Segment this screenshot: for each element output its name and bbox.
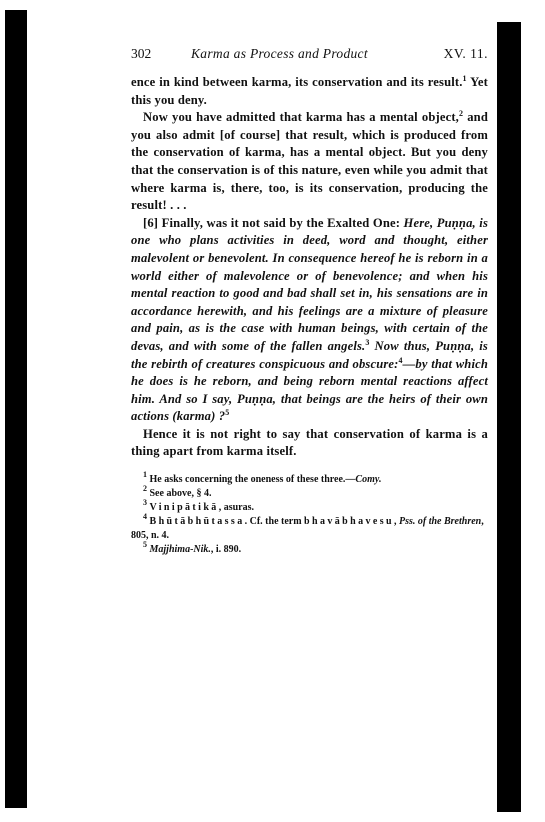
scan-border-right — [497, 22, 521, 812]
footnote-2: 2 See above, § 4. — [131, 487, 488, 501]
quotation: Here, Puṇṇa, is one who plans activities… — [131, 216, 488, 353]
footnotes: 1 He asks concerning the oneness of thes… — [131, 473, 488, 557]
paragraph-3: [6] Finally, was it not said by the Exal… — [131, 215, 488, 426]
footnote-1: 1 He asks concerning the oneness of thes… — [131, 473, 488, 487]
book-page: 302 Karma as Process and Product XV. 11.… — [131, 46, 488, 557]
paragraph-4: Hence it is not right to say that conser… — [131, 426, 488, 461]
footnote-5: 5 Majjhima-Nik., i. 890. — [131, 543, 488, 557]
footnote-ref: 1 — [463, 74, 467, 83]
footnote-4: 4 Bhūtābhūtassa. Cf. the term bhavābhave… — [131, 515, 488, 543]
footnote-ref: 2 — [459, 109, 463, 118]
body-text: ence in kind between karma, its conserva… — [131, 74, 488, 461]
running-header: 302 Karma as Process and Product XV. 11. — [131, 46, 488, 66]
section-number: XV. 11. — [444, 46, 488, 62]
footnote-ref: 5 — [225, 408, 229, 417]
scan-border-left — [5, 10, 27, 808]
footnote-3: 3 Vinipātikā, asuras. — [131, 501, 488, 515]
paragraph-2: Now you have admitted that karma has a m… — [131, 109, 488, 215]
page-number: 302 — [131, 46, 151, 62]
paragraph-1: ence in kind between karma, its conserva… — [131, 74, 488, 109]
running-title: Karma as Process and Product — [191, 46, 368, 62]
